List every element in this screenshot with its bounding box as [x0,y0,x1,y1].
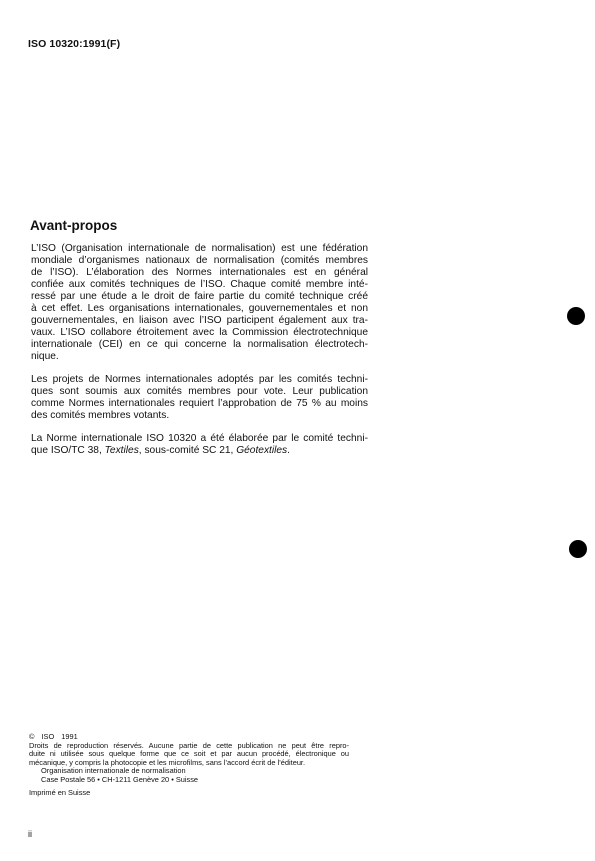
text-line: confiée aux comités techniques de l’ISO.… [31,279,368,291]
text-line: mondiale d’organismes nationaux de norma… [31,255,368,267]
text-line: La Norme internationale ISO 10320 a été … [31,433,368,445]
text-line: ques sont soumis aux comités membres pou… [31,386,368,398]
text-line: ressé par une étude a le droit de faire … [31,291,368,303]
paragraph-committee: La Norme internationale ISO 10320 a été … [31,433,368,457]
text-line: Les projets de Normes internationales ad… [31,374,368,386]
text-line: à cet effet. Les organisations internati… [31,303,368,315]
text-line: internationale (CEI) en ce qui concerne … [31,339,368,351]
punch-hole-mark [567,307,585,325]
italic-term-geotextiles: Géotextiles [236,445,287,456]
text-fragment: . [287,445,290,456]
printed-in: Imprimé en Suisse [29,789,349,798]
section-title: Avant-propos [30,218,117,233]
text-line: L’ISO (Organisation internationale de no… [31,243,368,255]
text-line: des comités membres votants. [31,410,368,422]
text-line: vaux. L’ISO collabore étroitement avec l… [31,327,368,339]
text-fragment: que ISO/TC 38, [31,445,105,456]
text-line: que ISO/TC 38, Textiles, sous-comité SC … [31,445,368,457]
punch-hole-mark [569,540,587,558]
text-line: nique. [31,351,368,363]
document-id: ISO 10320:1991(F) [28,38,120,50]
rights-statement: Droits de reproduction réservés. Aucune … [29,742,349,768]
page-number: ii [28,829,32,839]
italic-term-textiles: Textiles [105,445,139,456]
text-line: comme Normes internationales requiert l’… [31,398,368,410]
postal-address: Case Postale 56 • CH-1211 Genève 20 • Su… [29,776,349,785]
text-line: de l’ISO). L’élaboration des Normes inte… [31,267,368,279]
paragraph-iso-description: L’ISO (Organisation internationale de no… [31,243,368,363]
text-line: gouvernementales, en liaison avec l’ISO … [31,315,368,327]
copyright-footer: © ISO 1991 Droits de reproduction réserv… [29,733,349,797]
paragraph-voting: Les projets de Normes internationales ad… [31,374,368,422]
text-fragment: , sous-comité SC 21, [139,445,236,456]
foreword-body: L’ISO (Organisation internationale de no… [31,243,368,468]
